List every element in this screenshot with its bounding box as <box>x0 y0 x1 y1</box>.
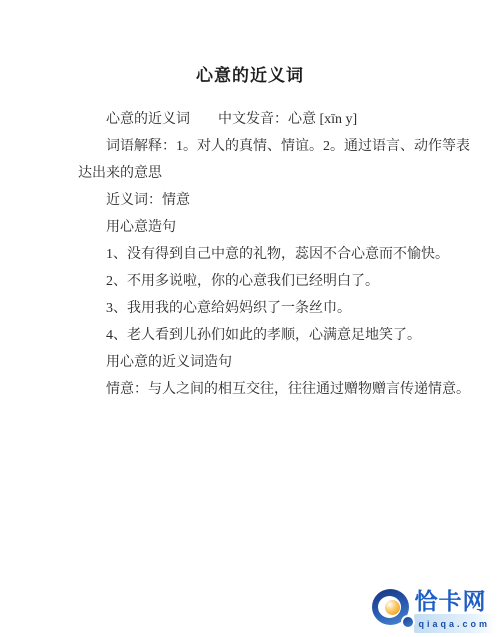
logo-tail-dot <box>401 615 415 629</box>
document-page: 心意的近义词 心意的近义词 中文发音：心意 [xīn y] 词语解释：1。对人的… <box>0 0 500 637</box>
site-url-strip: qiaqa.com <box>414 614 496 633</box>
qiaqa-logo-icon <box>372 589 412 627</box>
paragraph-section-heading-2: 用心意的近义词造句 <box>78 349 478 376</box>
document-body: 心意的近义词 中文发音：心意 [xīn y] 词语解释：1。对人的真情、情谊。2… <box>78 106 478 403</box>
page-title: 心意的近义词 <box>0 66 500 86</box>
paragraph-section-heading: 用心意造句 <box>78 214 478 241</box>
paragraph-synonym-sentence: 情意：与人之间的相互交往，往往通过赠物赠言传递情意。 <box>78 376 478 403</box>
paragraph-pronunciation: 心意的近义词 中文发音：心意 [xīn y] <box>78 106 478 133</box>
site-url: qiaqa.com <box>418 619 490 629</box>
paragraph-sentence-4: 4、老人看到儿孙们如此的孝顺，心满意足地笑了。 <box>78 322 478 349</box>
logo-text-block: 恰卡网 qiaqa.com <box>414 589 496 633</box>
paragraph-definition: 词语解释：1。对人的真情、情谊。2。通过语言、动作等表达出来的意思 <box>78 133 478 187</box>
paragraph-synonym: 近义词：情意 <box>78 187 478 214</box>
paragraph-sentence-1: 1、没有得到自己中意的礼物，蕊因不合心意而不愉快。 <box>78 241 478 268</box>
paragraph-sentence-2: 2、不用多说啦，你的心意我们已经明白了。 <box>78 268 478 295</box>
site-watermark: 恰卡网 qiaqa.com <box>372 589 496 633</box>
site-name: 恰卡网 <box>414 589 496 613</box>
paragraph-sentence-3: 3、我用我的心意给妈妈织了一条丝巾。 <box>78 295 478 322</box>
